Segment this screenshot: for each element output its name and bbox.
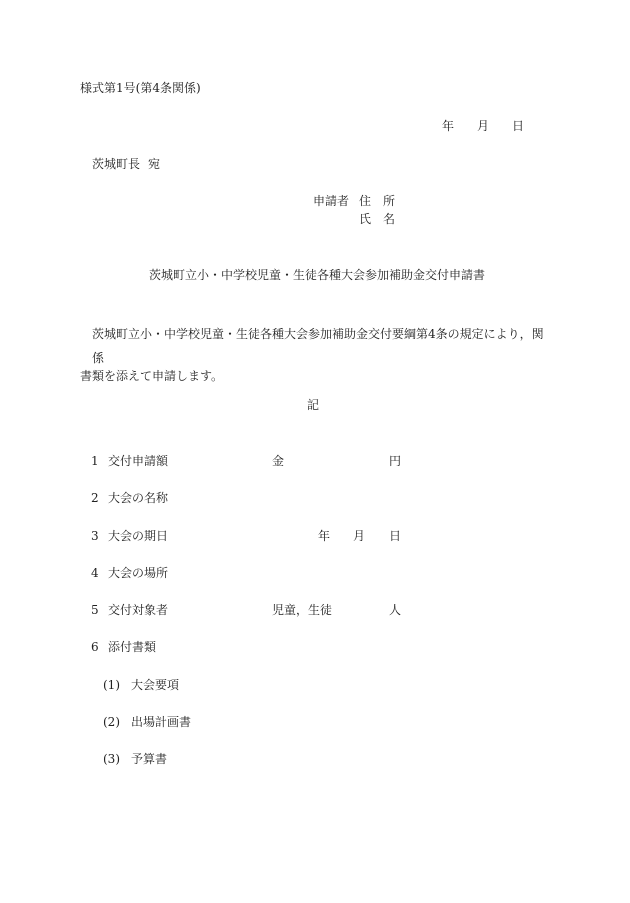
document-title: 茨城町立小・中学校児童・生徒各種大会参加補助金交付申請書	[149, 268, 485, 282]
applicant-label: 申請者	[313, 194, 349, 208]
item-1-number: 1	[91, 454, 99, 468]
item-5-label: 交付対象者	[108, 603, 168, 617]
attachment-2-number: (2)	[103, 715, 120, 729]
body-paragraph: 茨城町立小・中学校児童・生徒各種大会参加補助金交付要綱第4条の規定により，関係 …	[80, 322, 550, 388]
attachment-2-label: 出場計画書	[131, 715, 191, 729]
date-month-label: 月	[477, 119, 489, 133]
item-3-day: 日	[389, 529, 401, 543]
date-year-label: 年	[442, 119, 454, 133]
item-3-month: 月	[353, 529, 365, 543]
ki-heading: 記	[307, 398, 319, 412]
attachment-1-number: (1)	[103, 678, 120, 692]
item-2-number: 2	[91, 491, 99, 505]
item-2-label: 大会の名称	[108, 491, 168, 505]
item-1-kin: 金	[272, 454, 284, 468]
attachment-1-label: 大会要項	[131, 678, 179, 692]
attachment-3-label: 予算書	[131, 752, 167, 766]
body-line-1: 茨城町立小・中学校児童・生徒各種大会参加補助金交付要綱第4条の規定により，関係	[80, 322, 550, 370]
item-4-label: 大会の場所	[108, 566, 168, 580]
item-3-label: 大会の期日	[108, 529, 168, 543]
item-6-number: 6	[91, 640, 99, 654]
addressee-name: 茨城町長	[92, 157, 140, 171]
item-6-label: 添付書類	[108, 640, 156, 654]
applicant-address-label: 住 所	[359, 194, 395, 208]
attachment-3-number: (3)	[103, 752, 120, 766]
item-3-number: 3	[91, 529, 99, 543]
applicant-name-label: 氏 名	[359, 212, 395, 226]
item-3-year: 年	[318, 529, 330, 543]
item-5-number: 5	[91, 603, 99, 617]
item-5-target: 児童，生徒	[272, 603, 332, 617]
item-1-yen: 円	[389, 454, 401, 468]
body-line-2: 書類を添えて申請します。	[80, 364, 550, 388]
form-number: 様式第1号(第4条関係)	[80, 81, 201, 95]
item-4-number: 4	[91, 566, 99, 580]
addressee-suffix: 宛	[148, 157, 160, 171]
item-1-label: 交付申請額	[108, 454, 168, 468]
date-day-label: 日	[512, 119, 524, 133]
item-5-person-unit: 人	[389, 603, 401, 617]
